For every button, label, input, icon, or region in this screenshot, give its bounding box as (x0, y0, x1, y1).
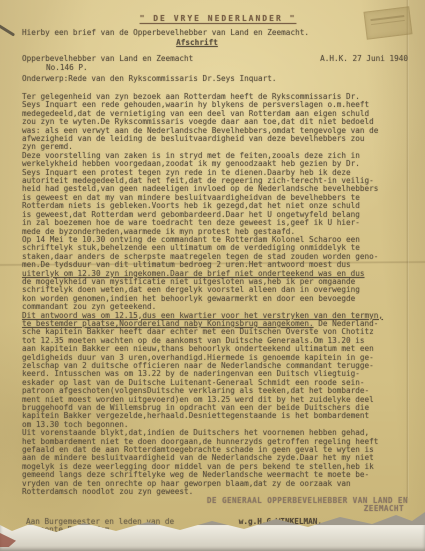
copy-label: Afschrift (0, 38, 414, 47)
letter-content: " DE VRYE NEDERLANDER " Hierby een brief… (22, 14, 414, 535)
sender-row: Opperbevelhebber van Land en Zeemacht A.… (22, 54, 414, 63)
signature-title-line2: ZEEMACHT (22, 505, 414, 514)
letter-paragraph: Deze voorstelling van zaken is in stryd … (22, 152, 414, 236)
letter-paragraph: Uit vorenstaande blykt,dat,indien de Dui… (22, 429, 414, 496)
document-scan: " DE VRYE NEDERLANDER " Hierby een brief… (0, 0, 425, 551)
sender-title: Opperbevelhebber van Land en Zeemacht (22, 54, 193, 63)
paper-sheet: " DE VRYE NEDERLANDER " Hierby een brief… (0, 0, 425, 538)
letter-paragraph: Dit antwoord was om 12.15,dus een kwarti… (22, 312, 414, 430)
letter-body: Ter gelegenheid van zyn bezoek aan Rotte… (22, 93, 414, 497)
file-number: No.146 P. (46, 63, 414, 72)
intro-line: Hierby een brief van de Opperbevelhebber… (22, 28, 414, 37)
left-edge-mark (0, 22, 15, 36)
subject-line: Onderwerp:Rede van den Rykscommissaris D… (22, 74, 414, 83)
letter-paragraph: Op 14 Mei te 10.30 ontving de commandant… (22, 236, 414, 312)
signature-title-line1: DE GENERAAL OPPERBEVELHEBBER VAN LAND EN (22, 497, 414, 506)
masthead-title: " DE VRYE NEDERLANDER " (22, 14, 414, 23)
date-reference: A.H.K. 27 Juni 1940 (320, 54, 408, 63)
letter-paragraph: Ter gelegenheid van zyn bezoek aan Rotte… (22, 93, 414, 152)
